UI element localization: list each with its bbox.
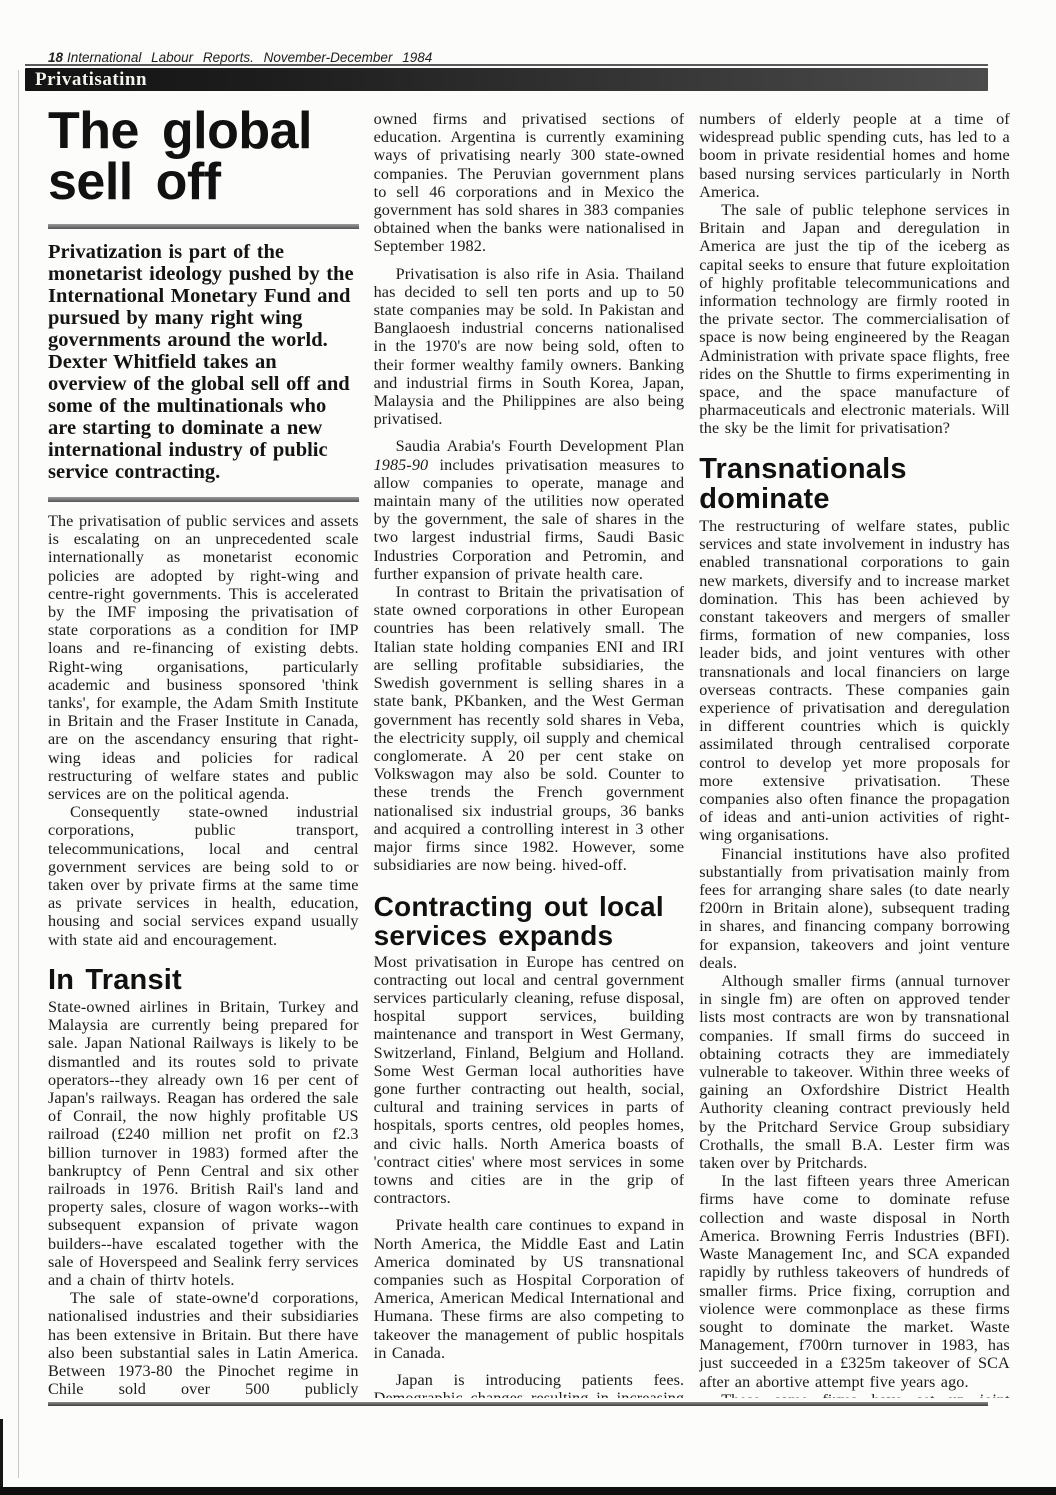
running-head: 18International Labour Reports. November… <box>48 50 996 65</box>
article-title-line2: sell off <box>48 153 221 211</box>
title-divider <box>48 224 359 229</box>
article-title-line1: The global <box>48 102 312 160</box>
paragraph: owned firms and privatised sections of e… <box>374 110 685 256</box>
paragraph-text: includes privatisation measures to allow… <box>374 456 685 583</box>
standfirst: Privatization is part of the monetarist … <box>48 241 359 483</box>
paragraph: The privatisation of public services and… <box>48 512 359 803</box>
paragraph: In contrast to Britain the privatisation… <box>374 583 685 874</box>
heading-transnationals: Transnationals dominate <box>699 454 1010 514</box>
column-2-body: owned firms and privatised sections of e… <box>374 110 685 1398</box>
header-rule <box>25 64 988 66</box>
paragraph: Private health care continues to expand … <box>374 1216 685 1362</box>
paragraph: Most privatisation in Europe has centred… <box>374 953 685 1208</box>
paragraph: State-owned airlines in Britain, Turkey … <box>48 998 359 1289</box>
paragraph: Saudia Arabia's Fourth Development Plan … <box>374 437 685 583</box>
paragraph: numbers of elderly people at a time of w… <box>699 110 1010 201</box>
paragraph: Privatisation is also rife in Asia. Thai… <box>374 265 685 429</box>
standfirst-divider <box>48 497 359 502</box>
column-1: The global sell off Privatization is par… <box>48 100 359 1398</box>
page-bottom-edge <box>0 1487 1056 1495</box>
paragraph: In the last fifteen years three American… <box>699 1172 1010 1390</box>
heading-in-transit: In Transit <box>48 965 359 995</box>
heading-contracting-out: Contracting out local services expands <box>374 892 685 950</box>
paragraph: Although smaller firms (annual turnover … <box>699 972 1010 1172</box>
page-corner-mark <box>0 1419 3 1489</box>
article-title: The global sell off <box>48 106 359 209</box>
paragraph: The sale of state-owne'd corporations, n… <box>48 1289 359 1398</box>
paragraph: The sale of public telephone services in… <box>699 201 1010 438</box>
column-1-body: The privatisation of public services and… <box>48 512 359 1398</box>
page-left-edge-line <box>18 70 19 1478</box>
page-number: 18 <box>48 50 63 65</box>
column-3: numbers of elderly people at a time of w… <box>699 100 1010 1398</box>
paragraph: The restructuring of welfare states, pub… <box>699 517 1010 845</box>
section-label: Privatisatinn <box>25 68 988 91</box>
paragraph: Consequently state-owned industrial corp… <box>48 803 359 949</box>
paragraph-text: Saudia Arabia's Fourth Development Plan <box>396 437 685 455</box>
article-columns: The global sell off Privatization is par… <box>48 100 1010 1398</box>
paragraph: Japan is introducing patients fees. Demo… <box>374 1371 685 1398</box>
paragraph: These same firms have set up joint ventu… <box>699 1391 1010 1398</box>
footer-rule <box>48 1402 988 1406</box>
column-3-body: numbers of elderly people at a time of w… <box>699 110 1010 1398</box>
paragraph: Financial institutions have also profite… <box>699 845 1010 972</box>
section-bar: Privatisatinn <box>25 68 988 91</box>
plan-years-italic: 1985-90 <box>374 456 429 474</box>
journal-title-date: International Labour Reports. November-D… <box>67 50 432 65</box>
column-2: owned firms and privatised sections of e… <box>374 100 685 1398</box>
